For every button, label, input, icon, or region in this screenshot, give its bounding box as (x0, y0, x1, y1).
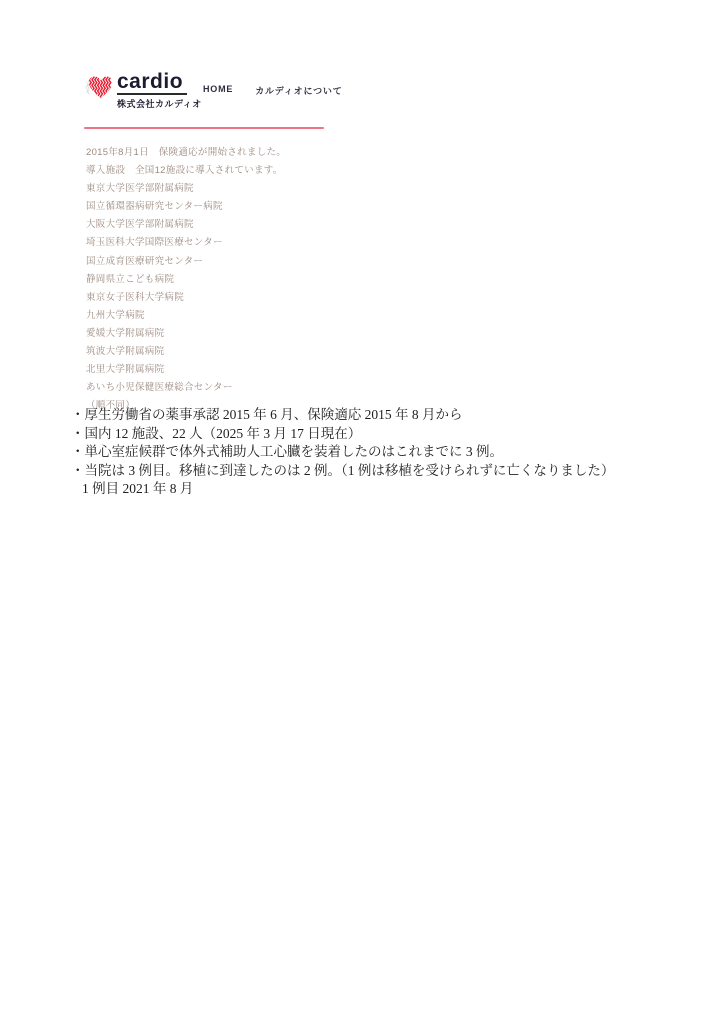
hospital-list-item: 大阪大学医学部附属病院 (86, 216, 286, 234)
summary-bullet: ・国内 12 施設、22 人（2025 年 3 月 17 日現在） (71, 425, 671, 444)
hospital-list-item: 静岡県立こども病院 (86, 271, 286, 289)
hospital-list-item: 東京大学医学部附属病院 (86, 180, 286, 198)
summary-bullet: ・厚生労働省の薬事承認 2015 年 6 月、保険適応 2015 年 8 月から (71, 406, 671, 425)
news-announcement: 2015年8月1日 保険適応が開始されました。 (86, 144, 286, 162)
hospital-list-item: 愛媛大学附属病院 (86, 325, 286, 343)
logo-text: cardio 株式会社カルディオ (117, 71, 202, 110)
summary-bullet: ・単心室症候群で体外式補助人工心臓を装着したのはこれまでに 3 例。 (71, 443, 671, 462)
logo-link[interactable]: cardio 株式会社カルディオ (86, 71, 202, 110)
hospital-list-item: 東京女子医科大学病院 (86, 289, 286, 307)
hospital-list-item: あいち小児保健医療総合センター (86, 379, 286, 397)
hospital-list: 東京大学医学部附属病院 国立循環器病研究センター病院 大阪大学医学部附属病院 埼… (86, 180, 286, 397)
news-intro: 導入施設 全国12施設に導入されています。 (86, 162, 286, 180)
hospital-list-item: 九州大学病院 (86, 307, 286, 325)
summary-section: ・厚生労働省の薬事承認 2015 年 6 月、保険適応 2015 年 8 月から… (71, 406, 671, 499)
nav-item-home[interactable]: HOME (203, 84, 233, 97)
main-nav: HOME カルディオについて (203, 84, 343, 97)
heart-waveform-logo-icon (86, 74, 114, 101)
summary-sub-line: 1 例目 2021 年 8 月 (71, 480, 671, 499)
site-header: cardio 株式会社カルディオ (86, 71, 202, 110)
company-name: 株式会社カルディオ (117, 97, 202, 110)
hospital-list-item: 筑波大学附属病院 (86, 343, 286, 361)
hospital-list-item: 埼玉医科大学国際医療センター (86, 234, 286, 252)
hospital-list-item: 国立循環器病研究センター病院 (86, 198, 286, 216)
brand-name: cardio (117, 71, 202, 92)
brand-underline (117, 93, 187, 95)
page: cardio 株式会社カルディオ HOME カルディオについて 2015年8月1… (0, 0, 724, 1024)
hospital-list-item: 国立成育医療研究センター (86, 253, 286, 271)
header-divider (84, 127, 324, 129)
summary-bullet: ・当院は 3 例目。移植に到達したのは 2 例。（1 例は移植を受けられずに亡く… (71, 462, 671, 481)
hospital-list-item: 北里大学附属病院 (86, 361, 286, 379)
news-section: 2015年8月1日 保険適応が開始されました。 導入施設 全国12施設に導入され… (86, 144, 286, 415)
nav-item-about[interactable]: カルディオについて (255, 84, 342, 97)
